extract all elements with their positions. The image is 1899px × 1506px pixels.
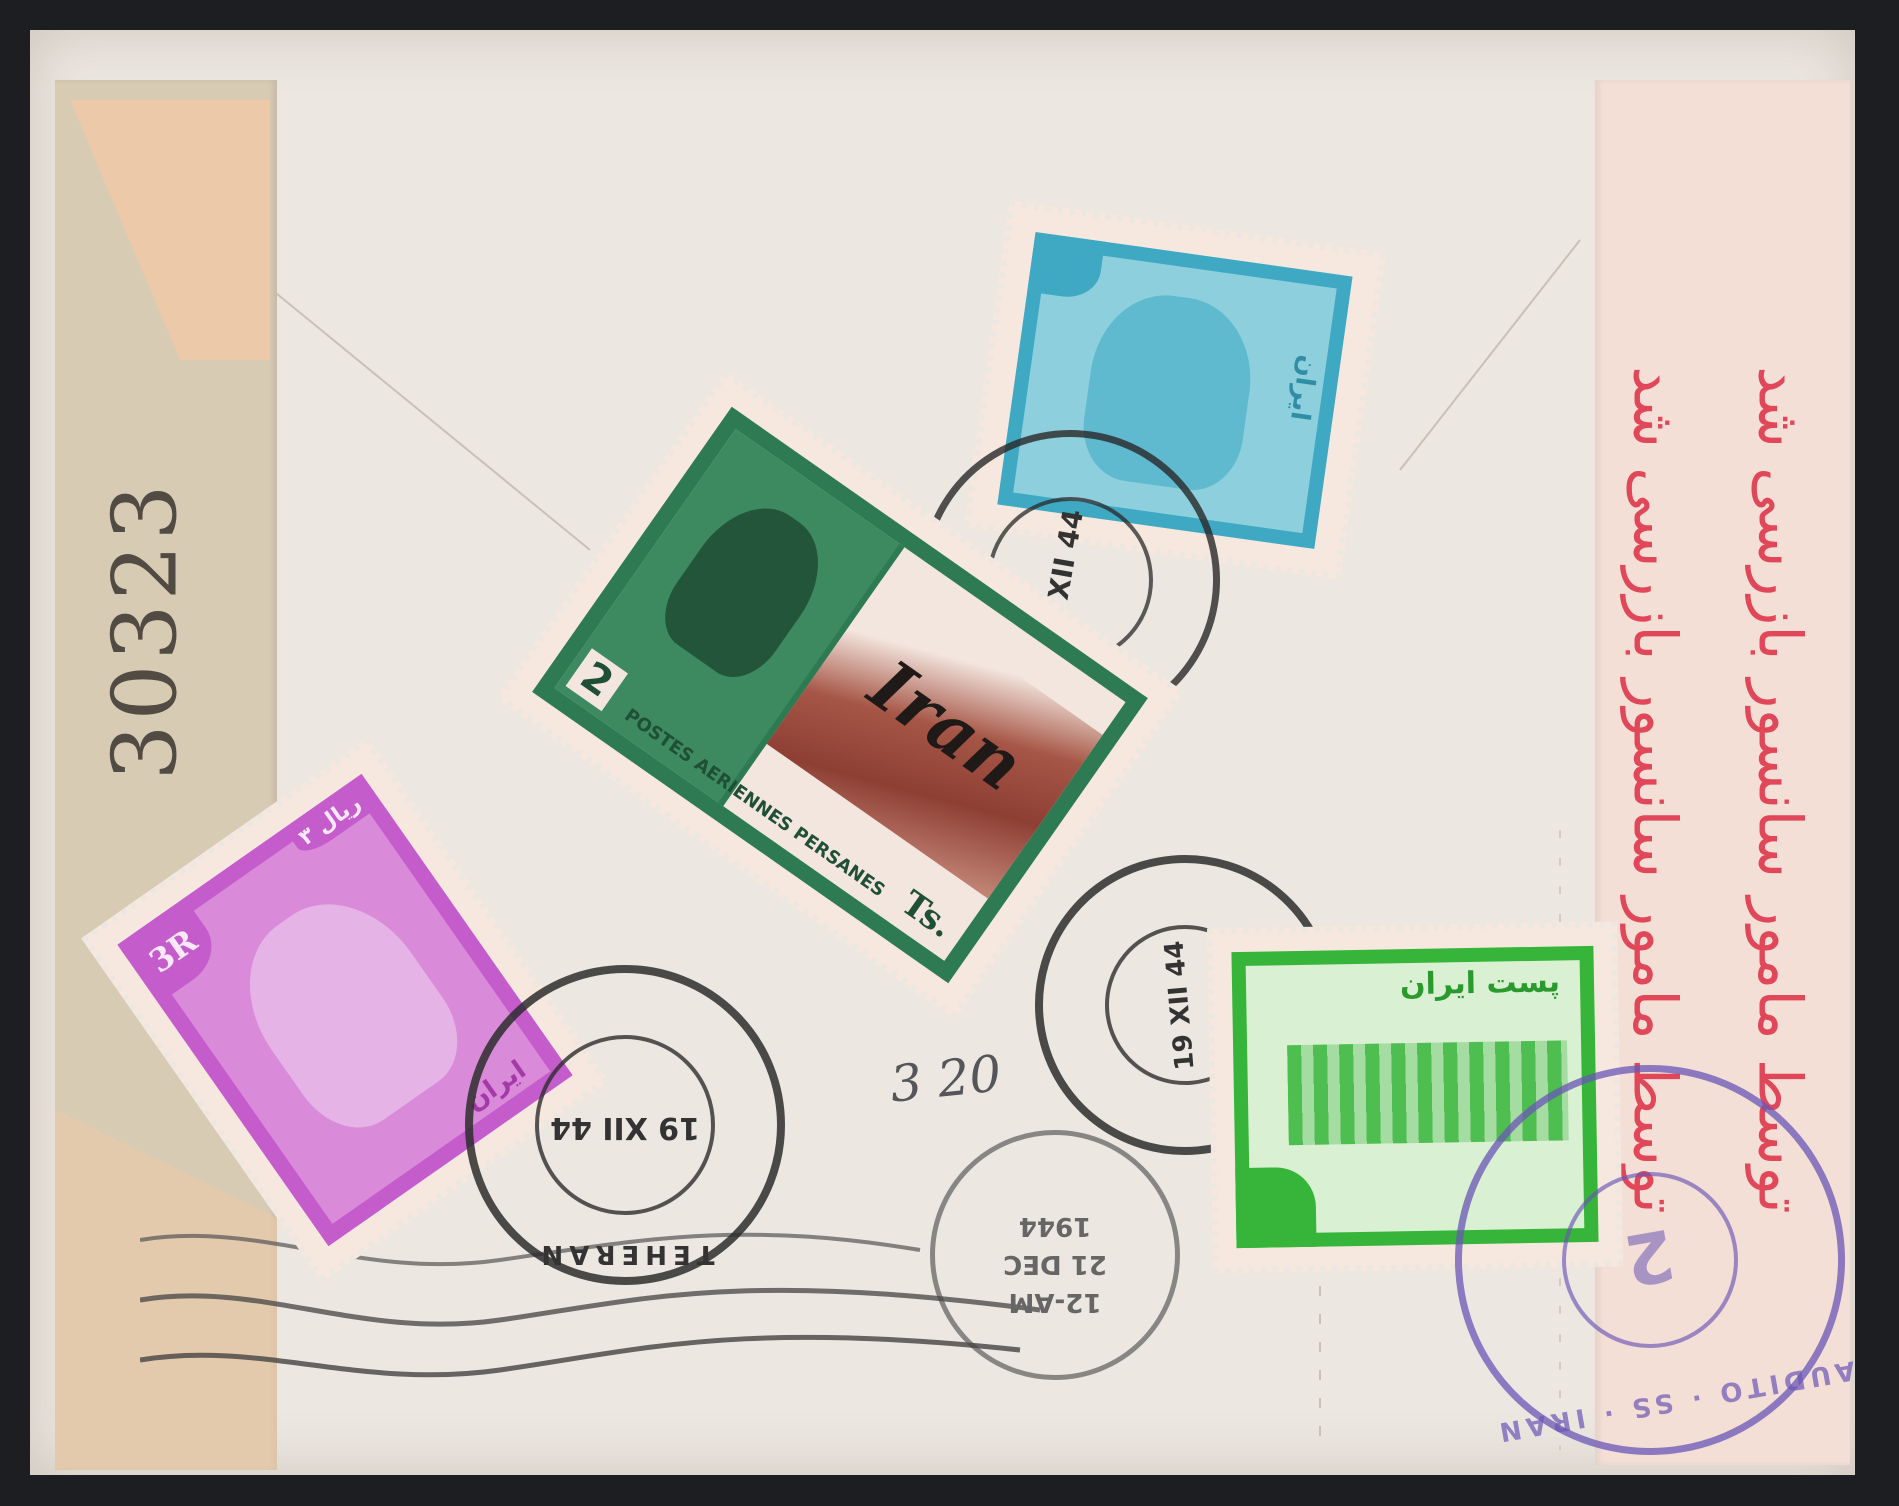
postmark-teheran-left: 19 XII 44 TEHERAN [465, 965, 785, 1285]
value-tablet [1235, 1167, 1316, 1248]
postmark-time: 12-AM [935, 1287, 1175, 1317]
censor-text: توسط مامور سانسور بازرسی شد [1745, 366, 1815, 1213]
censor-number-text: 30323 [94, 480, 197, 780]
postmark-date: 21 DEC [935, 1249, 1175, 1279]
postmark-date: 19 XII 44 [473, 1110, 777, 1145]
stamp-country: ایران [1284, 353, 1323, 422]
portrait-icon [648, 485, 844, 693]
envelope-back: 30323 توسط مامور سانسور بازرسی شد توسط م… [30, 30, 1855, 1475]
censor-number: 30323 [85, 430, 205, 830]
stamp-country: پست ایران [1400, 964, 1561, 1002]
stamp-currency: Ts. [889, 880, 965, 950]
tape-fold [70, 100, 270, 360]
postmark-year: 1944 [935, 1211, 1175, 1241]
postmark-city: TEHERAN [473, 1239, 777, 1269]
portrait-icon [215, 872, 480, 1150]
handwritten-note: 3 20 [887, 1044, 1004, 1113]
postmark-receiving: 12-AM 21 DEC 1944 [930, 1130, 1180, 1380]
